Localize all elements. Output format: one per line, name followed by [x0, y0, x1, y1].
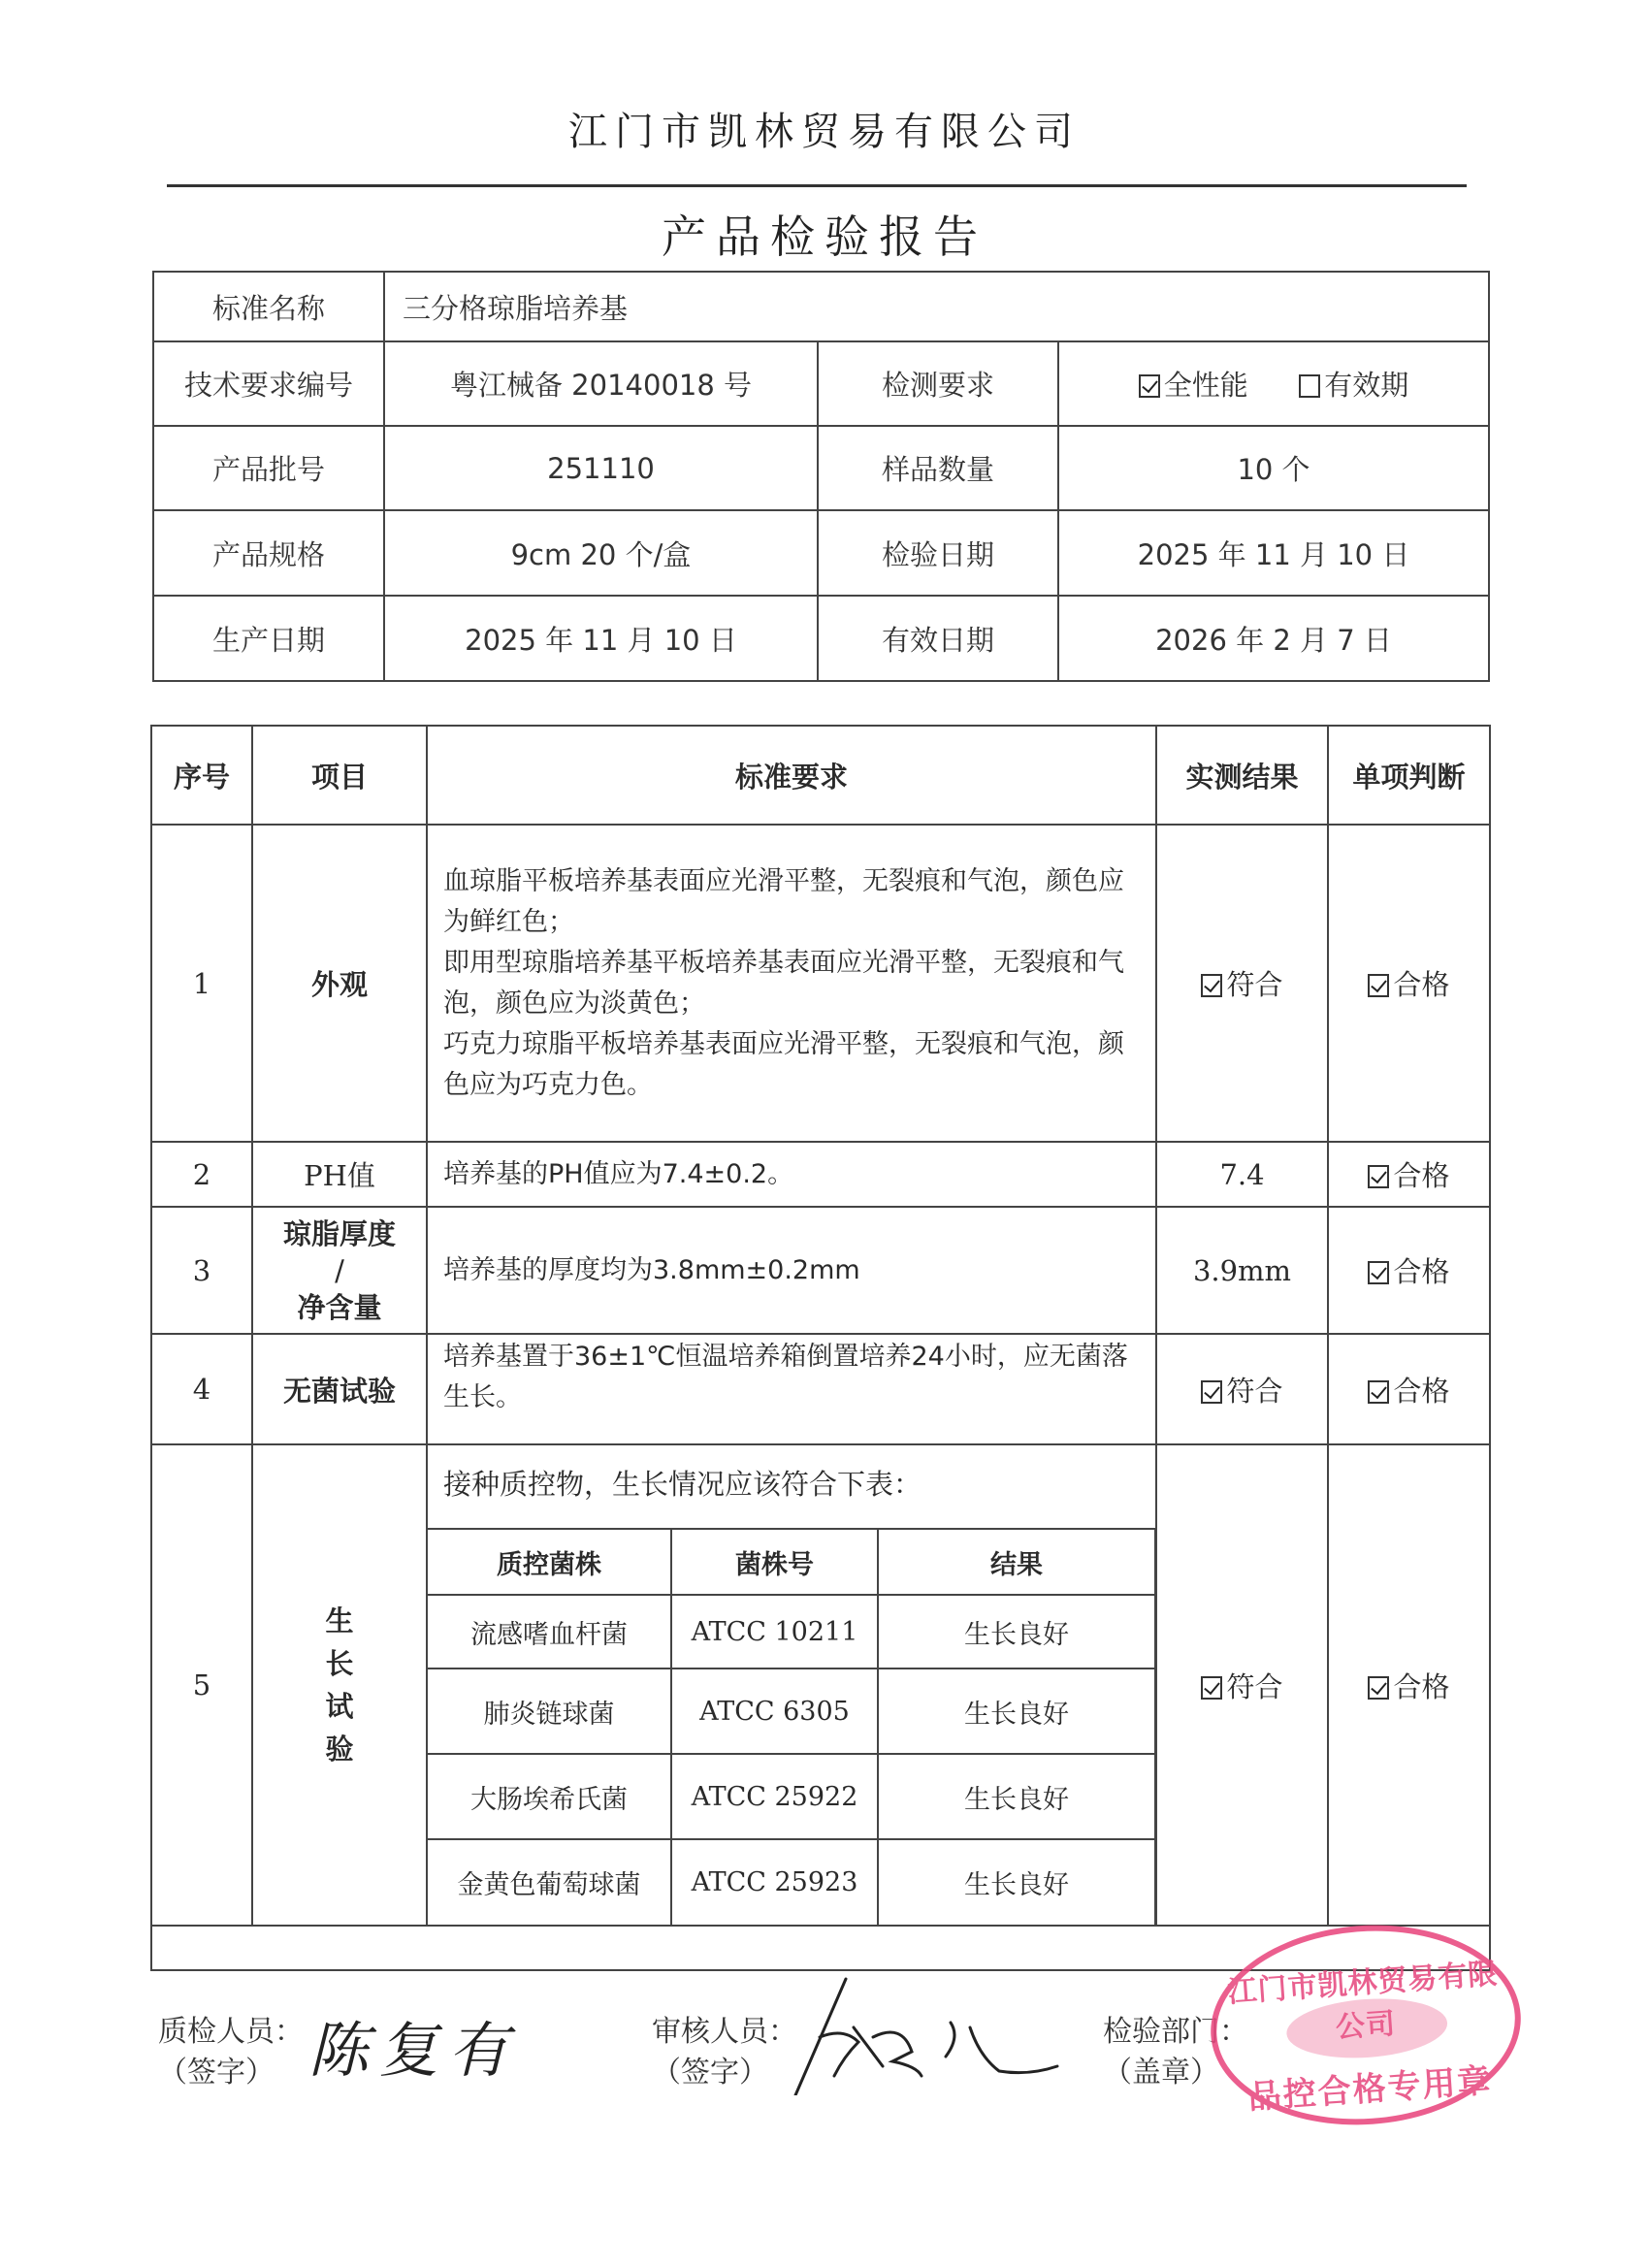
judgement-text: 合格 — [1393, 968, 1449, 1001]
result-text: 符合 — [1226, 1670, 1282, 1703]
item-line: 长 — [325, 1642, 353, 1685]
qc-row: 大肠埃希氏菌 ATCC 25922 生长良好 — [428, 1754, 1155, 1839]
items-header-row: 序号 项目 标准要求 实测结果 单项判断 — [151, 726, 1490, 825]
qc-row: 肺炎链球菌 ATCC 6305 生长良好 — [428, 1669, 1155, 1754]
qc-result: 生长良好 — [878, 1595, 1155, 1669]
qc-header-strain-no: 菌株号 — [671, 1529, 878, 1595]
spec-value: 9cm 20 个/盒 — [384, 510, 818, 596]
info-row-standard-name: 标准名称 三分格琼脂培养基 — [153, 272, 1489, 341]
col-header-result: 实测结果 — [1156, 726, 1328, 825]
row-judgement: 合格 — [1328, 1207, 1490, 1334]
qc-header-result: 结果 — [878, 1529, 1155, 1595]
table-row: 3 琼脂厚度 / 净含量 培养基的厚度均为3.8mm±0.2mm 3.9mm 合… — [151, 1207, 1490, 1334]
test-req-options: 全性能 有效期 — [1058, 341, 1489, 426]
result-text: 符合 — [1226, 968, 1282, 1001]
standard-name-label: 标准名称 — [153, 272, 384, 341]
sample-qty-value: 10 个 — [1058, 426, 1489, 510]
qc-header-row: 质控菌株 菌株号 结果 — [428, 1529, 1155, 1595]
info-row-spec: 产品规格 9cm 20 个/盒 检验日期 2025 年 11 月 10 日 — [153, 510, 1489, 596]
validity-label: 有效期 — [1324, 369, 1408, 402]
row-item: PH值 — [252, 1142, 427, 1207]
row-result: 符合 — [1156, 1334, 1328, 1444]
inspection-items-table: 序号 项目 标准要求 实测结果 单项判断 1 外观 血琼脂平板培养基表面应光滑平… — [150, 725, 1491, 1971]
row-item: 琼脂厚度 / 净含量 — [252, 1207, 427, 1334]
qc-result: 生长良好 — [878, 1754, 1155, 1839]
qc-header-strain: 质控菌株 — [428, 1529, 671, 1595]
reviewer-sign-hint: （签字） — [652, 2053, 797, 2093]
test-date-value: 2025 年 11 月 10 日 — [1058, 510, 1489, 596]
row-result: 符合 — [1156, 825, 1328, 1142]
validity-checkbox[interactable]: 有效期 — [1299, 369, 1408, 402]
judgement-text: 合格 — [1393, 1159, 1449, 1192]
row-no: 3 — [151, 1207, 252, 1334]
header-divider — [167, 184, 1467, 187]
qc-strain: 流感嗜血杆菌 — [428, 1595, 671, 1669]
checkbox-checked-icon — [1368, 1380, 1389, 1404]
standard-name-value: 三分格琼脂培养基 — [384, 272, 1489, 341]
info-row-prod-date: 生产日期 2025 年 11 月 10 日 有效日期 2026 年 2 月 7 … — [153, 596, 1489, 681]
row-requirement: 培养基的PH值应为7.4±0.2。 — [427, 1142, 1156, 1207]
reviewer-block: 审核人员： （签字） — [652, 2012, 797, 2093]
requirement-line: 培养基的厚度均为3.8mm±0.2mm — [443, 1250, 1142, 1291]
checkbox-checked-icon — [1368, 974, 1389, 997]
expiry-label: 有效日期 — [818, 596, 1058, 681]
row-result: 3.9mm — [1156, 1207, 1328, 1334]
test-date-label: 检验日期 — [818, 510, 1058, 596]
judgement-text: 合格 — [1393, 1255, 1449, 1288]
row-judgement: 合格 — [1328, 1142, 1490, 1207]
qc-strain: 金黄色葡萄球菌 — [428, 1839, 671, 1925]
row-requirement: 培养基的厚度均为3.8mm±0.2mm — [427, 1207, 1156, 1334]
growth-intro: 接种质控物，生长情况应该符合下表： — [428, 1445, 1155, 1528]
qc-strain-no: ATCC 25922 — [671, 1754, 878, 1839]
requirement-line: 培养基置于36±1℃恒温培养箱倒置培养24小时，应无菌落生长。 — [443, 1337, 1142, 1418]
spec-label: 产品规格 — [153, 510, 384, 596]
item-line: 生 — [325, 1600, 353, 1642]
row-no: 5 — [151, 1444, 252, 1926]
table-row: 4 无菌试验 培养基置于36±1℃恒温培养箱倒置培养24小时，应无菌落生长。 符… — [151, 1334, 1490, 1444]
checkbox-checked-icon — [1368, 1676, 1389, 1700]
judgement-text: 合格 — [1393, 1670, 1449, 1703]
qc-result: 生长良好 — [878, 1839, 1155, 1925]
checkbox-checked-icon — [1201, 1676, 1222, 1700]
inspector-sign-hint: （签字） — [158, 2053, 304, 2093]
item-line: / — [253, 1252, 426, 1289]
col-header-requirement: 标准要求 — [427, 726, 1156, 825]
table-row: 2 PH值 培养基的PH值应为7.4±0.2。 7.4 合格 — [151, 1142, 1490, 1207]
inspector-block: 质检人员： （签字） — [158, 2012, 304, 2093]
company-name: 江门市凯林贸易有限公司 — [0, 101, 1649, 156]
sample-qty-label: 样品数量 — [818, 426, 1058, 510]
col-header-judgement: 单项判断 — [1328, 726, 1490, 825]
table-row: 1 外观 血琼脂平板培养基表面应光滑平整，无裂痕和气泡，颜色应为鲜红色； 即用型… — [151, 825, 1490, 1142]
requirement-line: 培养基的PH值应为7.4±0.2。 — [443, 1154, 1142, 1195]
qc-strain-no: ATCC 6305 — [671, 1669, 878, 1754]
row-no: 1 — [151, 825, 252, 1142]
item-line: 琼脂厚度 — [253, 1215, 426, 1252]
batch-label: 产品批号 — [153, 426, 384, 510]
product-info-table: 标准名称 三分格琼脂培养基 技术要求编号 粤江械备 20140018 号 检测要… — [152, 271, 1490, 682]
checkbox-checked-icon[interactable] — [1139, 374, 1160, 398]
qc-strain-table: 质控菌株 菌株号 结果 流感嗜血杆菌 ATCC 10211 生长良好 肺炎链球菌… — [428, 1528, 1156, 1925]
row-requirement: 血琼脂平板培养基表面应光滑平整，无裂痕和气泡，颜色应为鲜红色； 即用型琼脂培养基… — [427, 825, 1156, 1142]
judgement-text: 合格 — [1393, 1375, 1449, 1408]
row-requirement: 培养基置于36±1℃恒温培养箱倒置培养24小时，应无菌落生长。 — [427, 1334, 1156, 1444]
item-line: 试 — [325, 1685, 353, 1728]
col-header-item: 项目 — [252, 726, 427, 825]
row-requirement: 接种质控物，生长情况应该符合下表： 质控菌株 菌株号 结果 流感嗜血杆菌 ATC… — [427, 1444, 1156, 1926]
tech-req-no-label: 技术要求编号 — [153, 341, 384, 426]
row-judgement: 合格 — [1328, 1444, 1490, 1926]
info-row-tech-req: 技术要求编号 粤江械备 20140018 号 检测要求 全性能 有效期 — [153, 341, 1489, 426]
tech-req-no-value: 粤江械备 20140018 号 — [384, 341, 818, 426]
row-item: 生 长 试 验 — [252, 1444, 427, 1926]
qc-strain: 肺炎链球菌 — [428, 1669, 671, 1754]
row-no: 2 — [151, 1142, 252, 1207]
qc-row: 金黄色葡萄球菌 ATCC 25923 生长良好 — [428, 1839, 1155, 1925]
qc-strain-no: ATCC 25923 — [671, 1839, 878, 1925]
requirement-line: 血琼脂平板培养基表面应光滑平整，无裂痕和气泡，颜色应为鲜红色； — [443, 861, 1142, 943]
info-row-batch: 产品批号 251110 样品数量 10 个 — [153, 426, 1489, 510]
row-judgement: 合格 — [1328, 1334, 1490, 1444]
checkbox-checked-icon — [1201, 974, 1222, 997]
qc-row: 流感嗜血杆菌 ATCC 10211 生长良好 — [428, 1595, 1155, 1669]
row-no: 4 — [151, 1334, 252, 1444]
inspector-signature: 陈复有 — [308, 2002, 518, 2089]
test-req-label: 检测要求 — [818, 341, 1058, 426]
full-performance-label: 全性能 — [1164, 369, 1248, 402]
row-result: 7.4 — [1156, 1142, 1328, 1207]
qc-result: 生长良好 — [878, 1669, 1155, 1754]
checkbox-checked-icon — [1368, 1261, 1389, 1284]
prod-date-label: 生产日期 — [153, 596, 384, 681]
stamp-purpose-text: 品控合格专用章 — [1219, 2052, 1521, 2120]
checkbox-checked-icon — [1201, 1380, 1222, 1404]
prod-date-value: 2025 年 11 月 10 日 — [384, 596, 818, 681]
expiry-value: 2026 年 2 月 7 日 — [1058, 596, 1489, 681]
row-item: 无菌试验 — [252, 1334, 427, 1444]
reviewer-label: 审核人员： — [652, 2012, 797, 2053]
reviewer-signature-icon — [786, 1969, 1077, 2095]
row-judgement: 合格 — [1328, 825, 1490, 1142]
qc-strain: 大肠埃希氏菌 — [428, 1754, 671, 1839]
table-row: 5 生 长 试 验 接种质控物，生长情况应该符合下表： 质控菌株 菌株号 结果 … — [151, 1444, 1490, 1926]
result-text: 符合 — [1226, 1375, 1282, 1408]
inspector-label: 质检人员： — [158, 2012, 304, 2053]
item-line: 验 — [325, 1728, 353, 1770]
requirement-line: 巧克力琼脂平板培养基表面应光滑平整，无裂痕和气泡，颜色应为巧克力色。 — [443, 1024, 1142, 1106]
requirement-line: 即用型琼脂培养基平板培养基表面应光滑平整，无裂痕和气泡，颜色应为淡黄色； — [443, 943, 1142, 1024]
checkbox-checked-icon — [1368, 1165, 1389, 1188]
col-header-no: 序号 — [151, 726, 252, 825]
qc-strain-no: ATCC 10211 — [671, 1595, 878, 1669]
row-item: 外观 — [252, 825, 427, 1142]
row-result: 符合 — [1156, 1444, 1328, 1926]
full-performance-checkbox[interactable]: 全性能 — [1139, 369, 1257, 402]
item-line: 净含量 — [253, 1289, 426, 1326]
checkbox-unchecked-icon[interactable] — [1299, 374, 1320, 398]
batch-value: 251110 — [384, 426, 818, 510]
report-title: 产品检验报告 — [0, 202, 1649, 266]
